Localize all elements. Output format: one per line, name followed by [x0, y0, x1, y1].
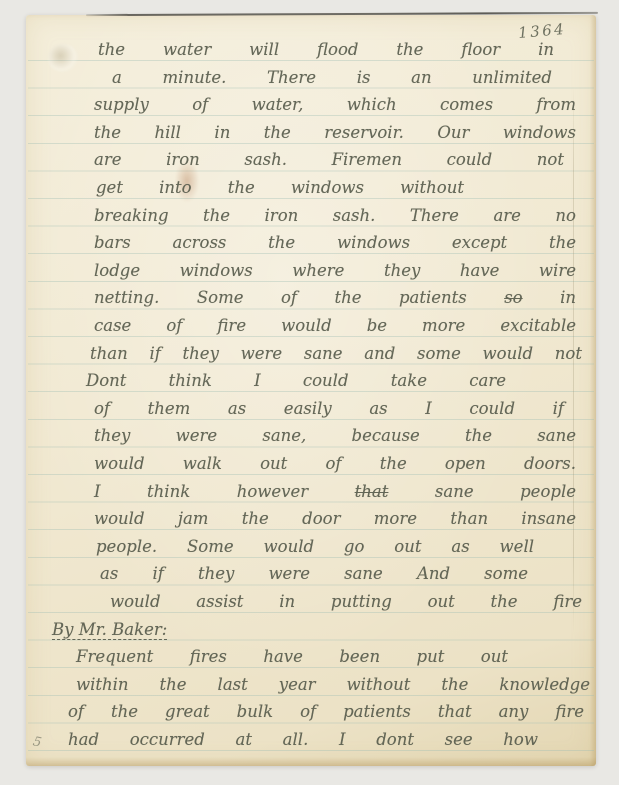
manuscript-line: netting. Some of the patients so in — [94, 285, 576, 310]
manuscript-line: people. Some would go out as well — [96, 534, 534, 559]
manuscript-line: of the great bulk of patients that any f… — [68, 699, 584, 724]
manuscript-line: a minute. There is an unlimited — [112, 65, 552, 90]
manuscript-line: of them as easily as I could if — [94, 396, 564, 421]
byline: By Mr. Baker: — [52, 617, 167, 642]
paper-dent — [48, 44, 78, 72]
manuscript-line: within the last year without the knowled… — [76, 672, 590, 697]
manuscript-line: than if they were sane and some would no… — [90, 341, 582, 366]
struck-word: that — [355, 482, 389, 501]
manuscript-line: Dont think I could take care — [86, 368, 506, 393]
manuscript-line: as if they were sane And some — [100, 561, 528, 586]
manuscript-line: I think however that sane people — [94, 479, 576, 504]
manuscript-line: the hill in the reservoir. Our windows — [94, 120, 576, 145]
manuscript-line: bars across the windows except the — [94, 230, 576, 255]
manuscript-line: would walk out of the open doors. — [94, 451, 576, 476]
manuscript-line: breaking the iron sash. There are no — [94, 203, 576, 228]
manuscript-line: supply of water, which comes from — [94, 92, 576, 117]
manuscript-line: get into the windows without — [96, 175, 464, 200]
manuscript-line: lodge windows where they have wire — [94, 258, 576, 283]
manuscript-line: case of fire would be more excitable — [94, 313, 576, 338]
margin-mark: 5 — [32, 734, 43, 750]
manuscript-line: had occurred at all. I dont see how — [68, 727, 538, 752]
manuscript-line: would assist in putting out the fire — [110, 589, 582, 614]
manuscript-line: Frequent fires have been put out — [76, 644, 508, 669]
manuscript-line: would jam the door more than insane — [94, 506, 576, 531]
photo-background: 1364 the water will flood the floor ina … — [0, 0, 619, 785]
manuscript-line: the water will flood the floor in — [98, 37, 554, 62]
manuscript-line: they were sane, because the sane — [94, 423, 576, 448]
manuscript-page: 1364 the water will flood the floor ina … — [26, 15, 596, 766]
manuscript-line: are iron sash. Firemen could not — [94, 147, 564, 172]
struck-word: so — [504, 288, 522, 307]
